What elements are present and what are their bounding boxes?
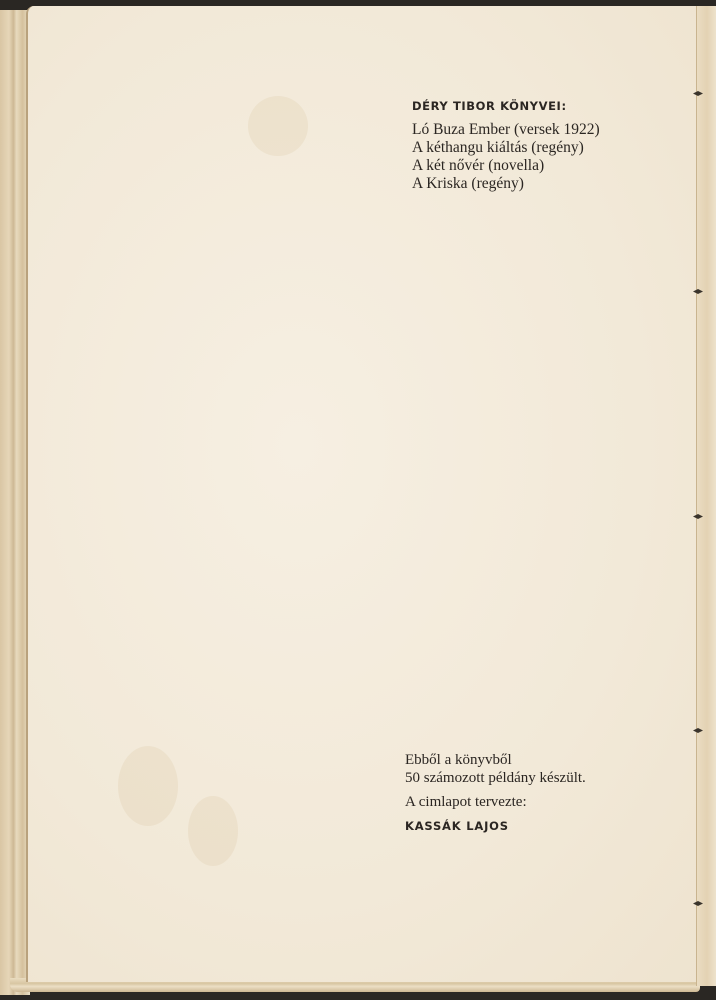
cover-designer-label: A cimlapot tervezte: — [405, 793, 586, 811]
paper-stain — [248, 96, 308, 156]
book-title: A kéthangu kiáltás (regény) — [412, 139, 600, 157]
book-title: Ló Buza Ember (versek 1922) — [412, 121, 600, 139]
cover-designer-name: KASSÁK LAJOS — [405, 819, 586, 833]
binding-strip — [696, 6, 716, 986]
colophon-line: Ebből a könyvből — [405, 751, 586, 769]
book-title: A Kriska (regény) — [412, 175, 600, 193]
colophon-line: 50 számozott példány készült. — [405, 769, 586, 787]
book-page — [26, 6, 702, 982]
book-title: A két nővér (novella) — [412, 157, 600, 175]
colophon-block: Ebből a könyvből 50 számozott példány ké… — [405, 751, 586, 845]
books-heading: DÉRY TIBOR KÖNYVEI: — [412, 99, 600, 113]
author-books-block: DÉRY TIBOR KÖNYVEI: Ló Buza Ember (verse… — [412, 99, 600, 193]
paper-stain — [118, 746, 178, 826]
paper-stain — [188, 796, 238, 866]
